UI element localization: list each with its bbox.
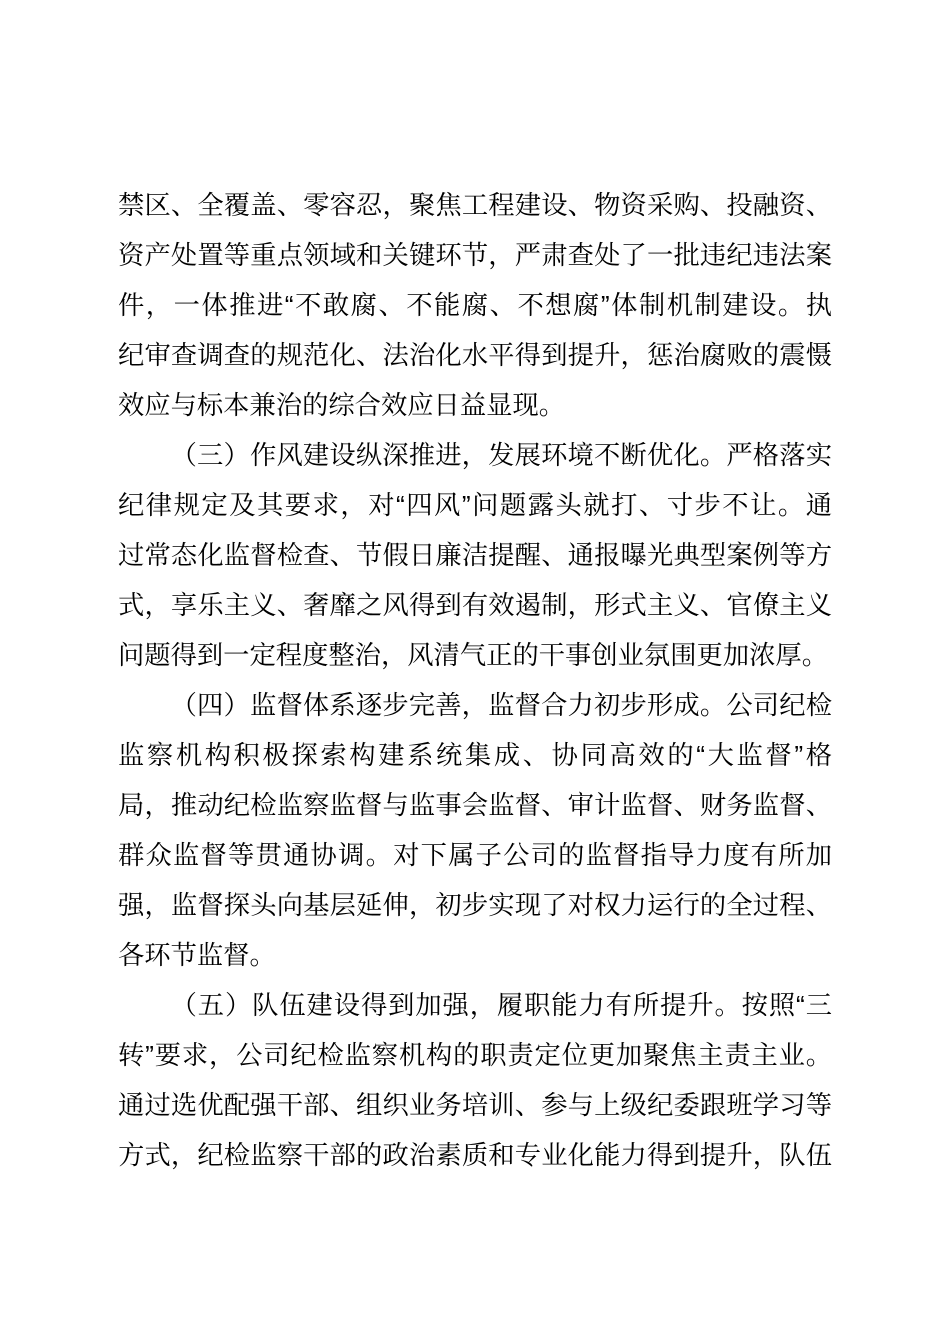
text-line: 资产处置等重点领域和关键环节，严肃查处了一批违纪违法案 xyxy=(118,230,832,280)
document-body: 禁区、全覆盖、零容忍，聚焦工程建设、物资采购、投融资、资产处置等重点领域和关键环… xyxy=(118,180,832,1180)
text-line: 件，一体推进“不敢腐、不能腐、不想腐”体制机制建设。执 xyxy=(118,280,832,330)
text-line: 式，享乐主义、奢靡之风得到有效遏制，形式主义、官僚主义 xyxy=(118,580,832,630)
text-line: 通过选优配强干部、组织业务培训、参与上级纪委跟班学习等 xyxy=(118,1080,832,1130)
text-line: 群众监督等贯通协调。对下属子公司的监督指导力度有所加 xyxy=(118,830,832,880)
text-line: （四）监督体系逐步完善，监督合力初步形成。公司纪检 xyxy=(118,680,832,730)
text-line: 各环节监督。 xyxy=(118,930,832,980)
paragraph: （五）队伍建设得到加强，履职能力有所提升。按照“三转”要求，公司纪检监察机构的职… xyxy=(118,980,832,1180)
text-line: （三）作风建设纵深推进，发展环境不断优化。严格落实 xyxy=(118,430,832,480)
text-line: 禁区、全覆盖、零容忍，聚焦工程建设、物资采购、投融资、 xyxy=(118,180,832,230)
paragraph: （四）监督体系逐步完善，监督合力初步形成。公司纪检监察机构积极探索构建系统集成、… xyxy=(118,680,832,980)
text-line: 问题得到一定程度整治，风清气正的干事创业氛围更加浓厚。 xyxy=(118,630,832,680)
text-line: （五）队伍建设得到加强，履职能力有所提升。按照“三 xyxy=(118,980,832,1030)
text-line: 过常态化监督检查、节假日廉洁提醒、通报曝光典型案例等方 xyxy=(118,530,832,580)
text-line: 转”要求，公司纪检监察机构的职责定位更加聚焦主责主业。 xyxy=(118,1030,832,1080)
text-line: 纪审查调查的规范化、法治化水平得到提升，惩治腐败的震慑 xyxy=(118,330,832,380)
text-line: 强，监督探头向基层延伸，初步实现了对权力运行的全过程、 xyxy=(118,880,832,930)
paragraph: 禁区、全覆盖、零容忍，聚焦工程建设、物资采购、投融资、资产处置等重点领域和关键环… xyxy=(118,180,832,430)
document-page: 禁区、全覆盖、零容忍，聚焦工程建设、物资采购、投融资、资产处置等重点领域和关键环… xyxy=(0,0,950,1344)
text-line: 效应与标本兼治的综合效应日益显现。 xyxy=(118,380,832,430)
text-line: 方式，纪检监察干部的政治素质和专业化能力得到提升，队伍 xyxy=(118,1130,832,1180)
paragraph: （三）作风建设纵深推进，发展环境不断优化。严格落实纪律规定及其要求，对“四风”问… xyxy=(118,430,832,680)
text-line: 监察机构积极探索构建系统集成、协同高效的“大监督”格 xyxy=(118,730,832,780)
text-line: 局，推动纪检监察监督与监事会监督、审计监督、财务监督、 xyxy=(118,780,832,830)
text-line: 纪律规定及其要求，对“四风”问题露头就打、寸步不让。通 xyxy=(118,480,832,530)
